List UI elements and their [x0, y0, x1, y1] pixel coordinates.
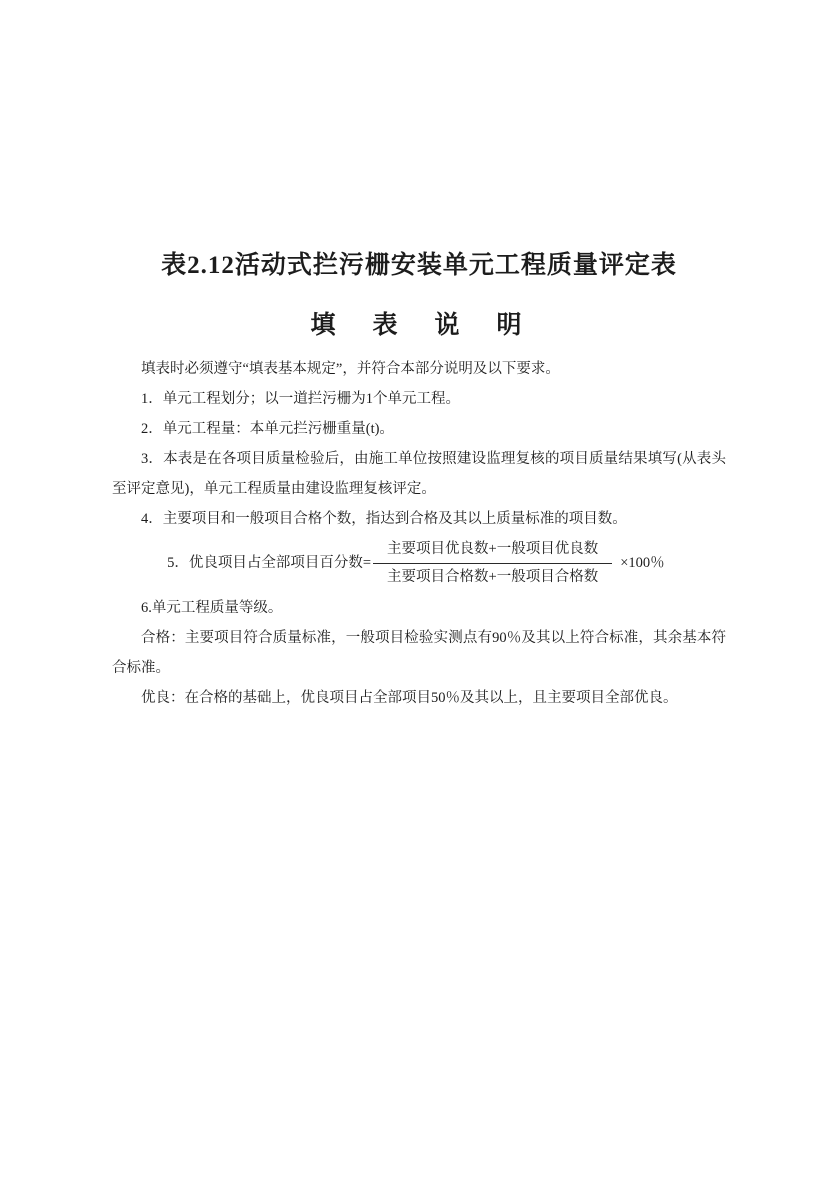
note-item-4: 4．主要项目和一般项目合格个数，指达到合格及其以上质量标准的项目数。 [112, 504, 726, 534]
note-item-5-formula: 5．优良项目占全部项目百分数= 主要项目优良数+一般项目优良数 主要项目合格数+… [167, 540, 726, 587]
intro-paragraph: 填表时必须遵守“填表基本规定”，并符合本部分说明及以下要求。 [112, 354, 726, 384]
grade-pass-line: 合格：主要项目符合质量标准，一般项目检验实测点有90％及其以上符合标准，其余基本… [112, 623, 726, 683]
formula-multiplier: ×100％ [620, 554, 664, 573]
fraction-numerator: 主要项目优良数+一般项目优良数 [373, 540, 612, 564]
formula-fraction: 主要项目优良数+一般项目优良数 主要项目合格数+一般项目合格数 [373, 540, 612, 587]
instructions-body: 填表时必须遵守“填表基本规定”，并符合本部分说明及以下要求。 1．单元工程划分；… [112, 354, 726, 713]
note-item-2: 2．单元工程量：本单元拦污栅重量(t)。 [112, 414, 726, 444]
fraction-denominator: 主要项目合格数+一般项目合格数 [373, 564, 612, 587]
section-heading: 填 表 说 明 [0, 310, 838, 342]
note-item-3: 3．本表是在各项目质量检验后，由施工单位按照建设监理复核的项目质量结果填写(从表… [112, 444, 726, 504]
grade-excellent-line: 优良：在合格的基础上，优良项目占全部项目50％及其以上，且主要项目全部优良。 [112, 683, 726, 713]
formula-label: 5．优良项目占全部项目百分数= [167, 554, 371, 573]
note-item-1: 1．单元工程划分；以一道拦污栅为1个单元工程。 [112, 384, 726, 414]
doc-title: 表2.12活动式拦污栅安装单元工程质量评定表 [0, 250, 838, 282]
note-item-6: 6.单元工程质量等级。 [112, 593, 726, 623]
document-page: 表2.12活动式拦污栅安装单元工程质量评定表 填 表 说 明 填表时必须遵守“填… [0, 0, 838, 1186]
